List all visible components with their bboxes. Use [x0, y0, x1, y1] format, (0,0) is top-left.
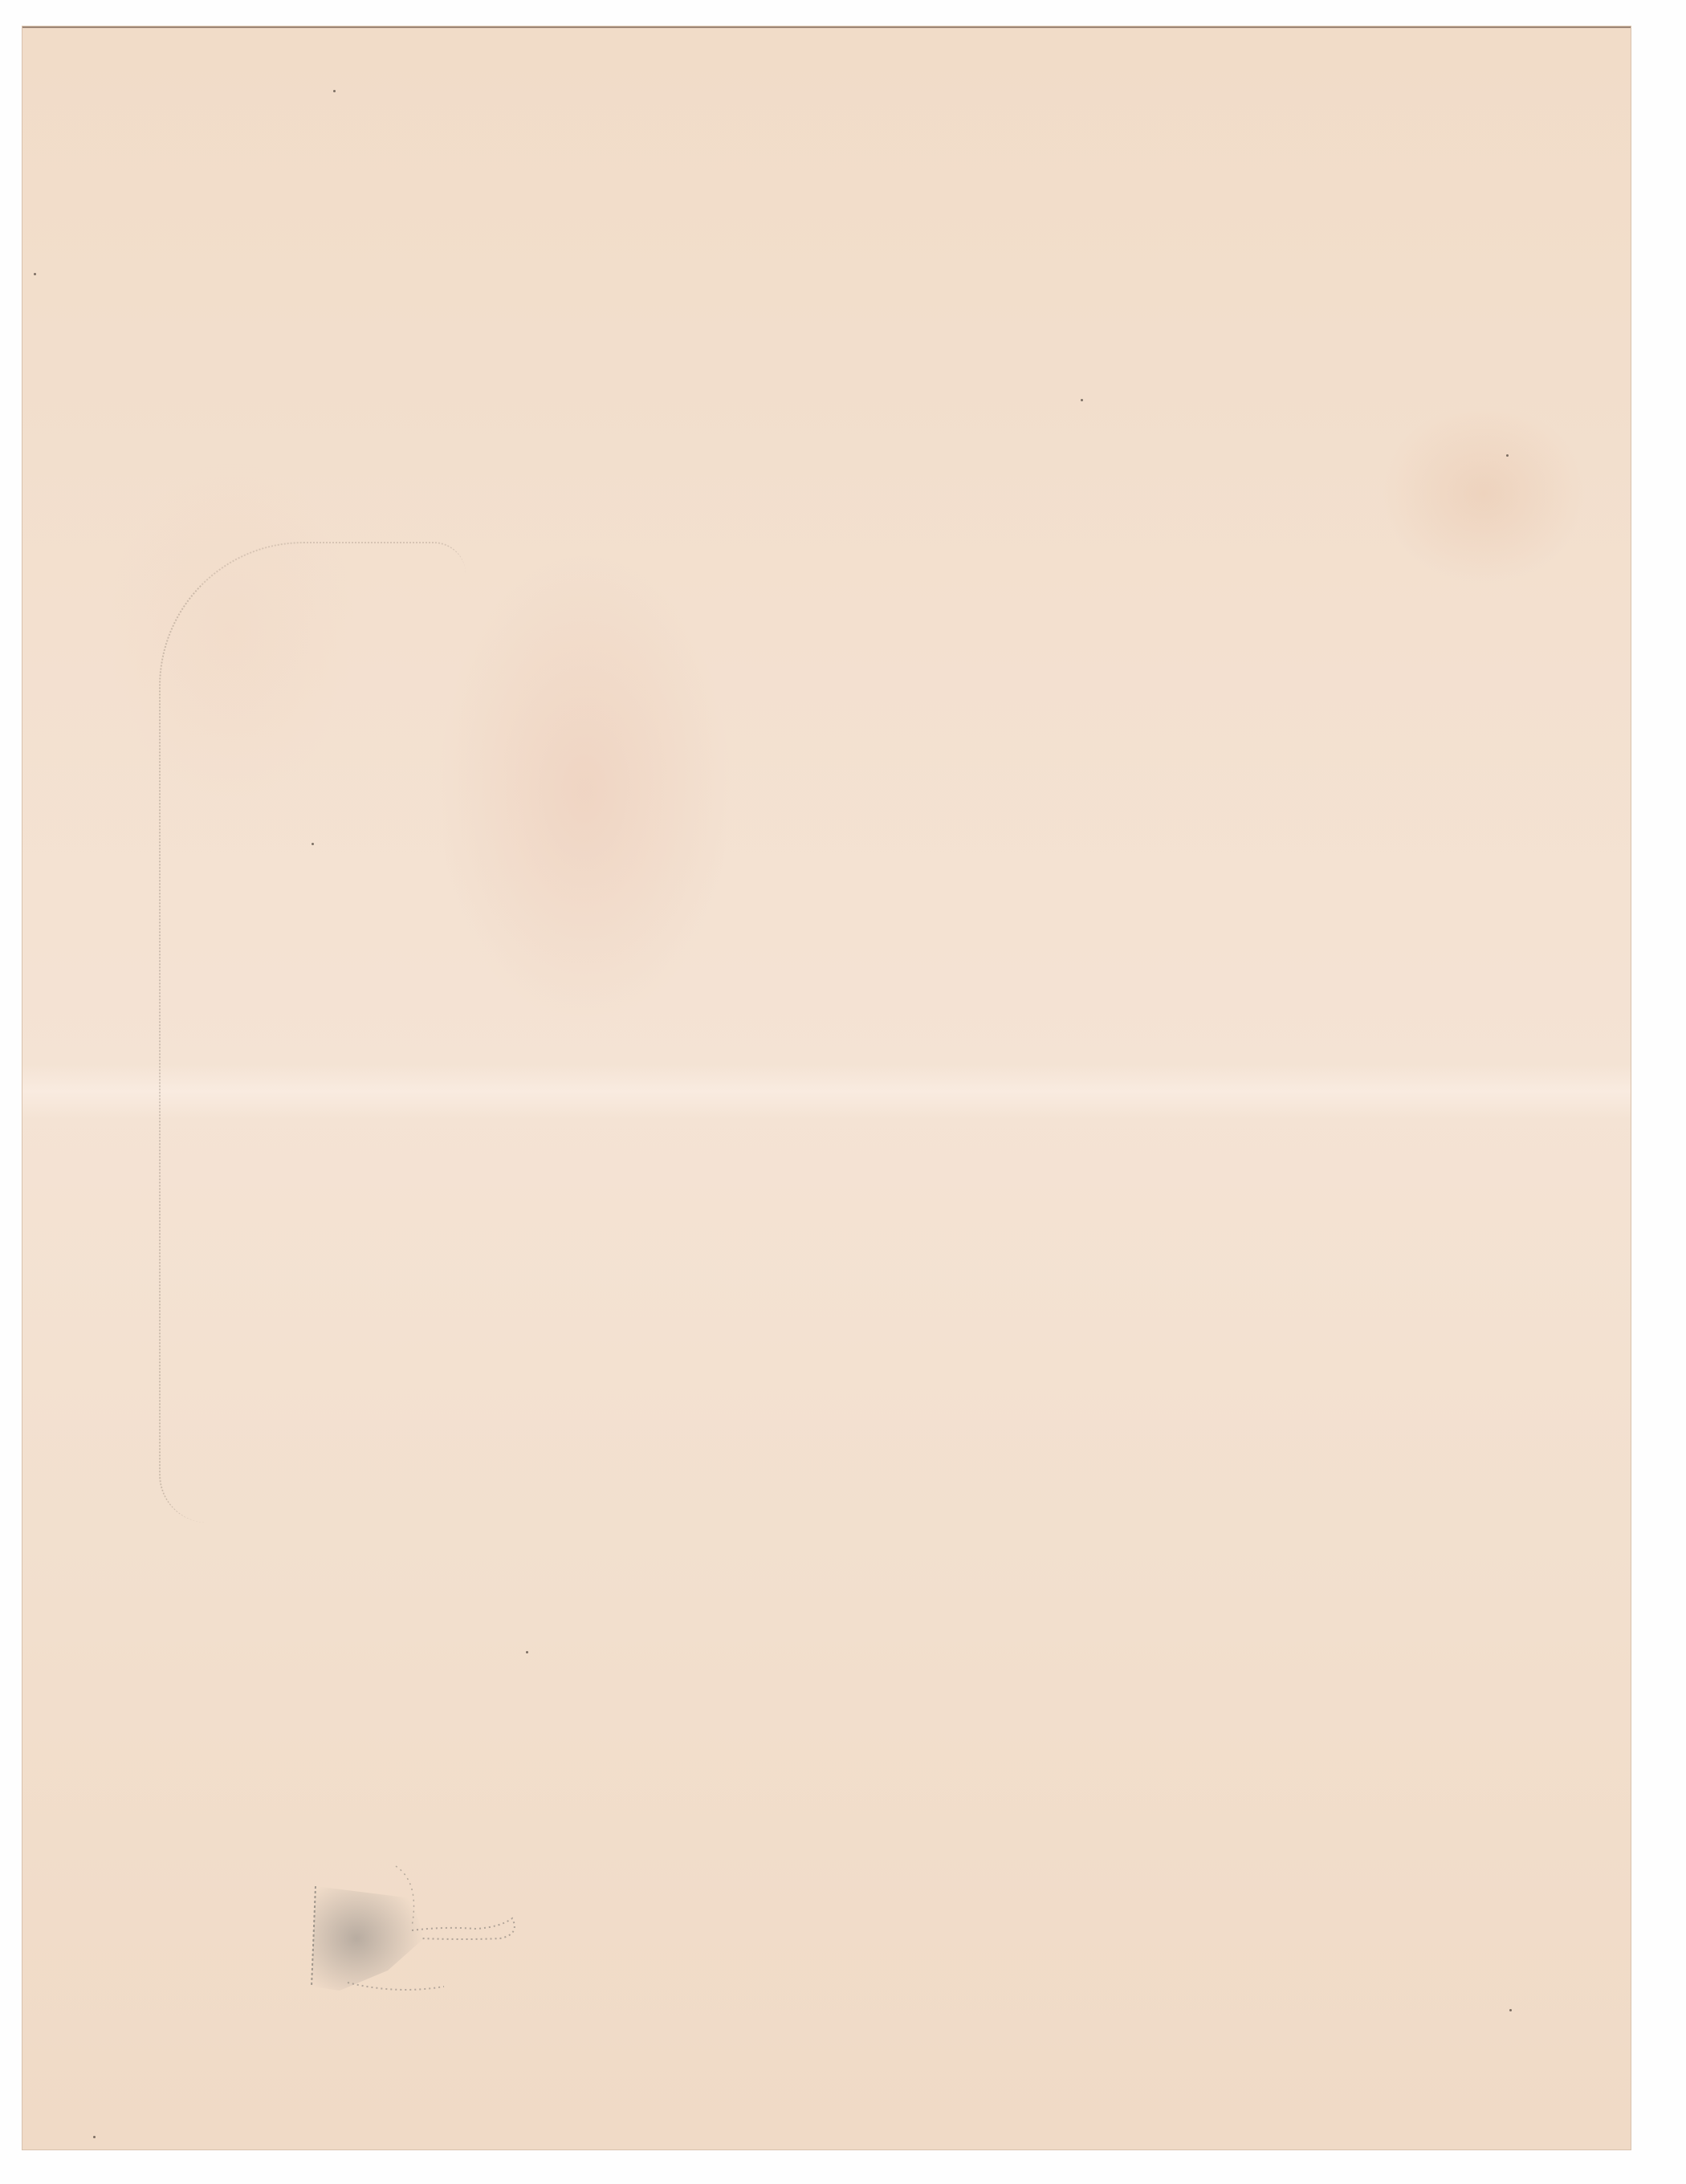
speck [1081, 399, 1083, 401]
pencil-smudge [291, 1850, 532, 2019]
faint-pencil-outline [159, 542, 466, 1523]
paper-sheet [22, 26, 1631, 2149]
speck [93, 2136, 96, 2138]
speck [34, 273, 36, 275]
speck [333, 90, 336, 92]
speck [1506, 454, 1509, 457]
speck [526, 1651, 528, 1653]
speck [1509, 2009, 1512, 2011]
speck [312, 843, 314, 845]
